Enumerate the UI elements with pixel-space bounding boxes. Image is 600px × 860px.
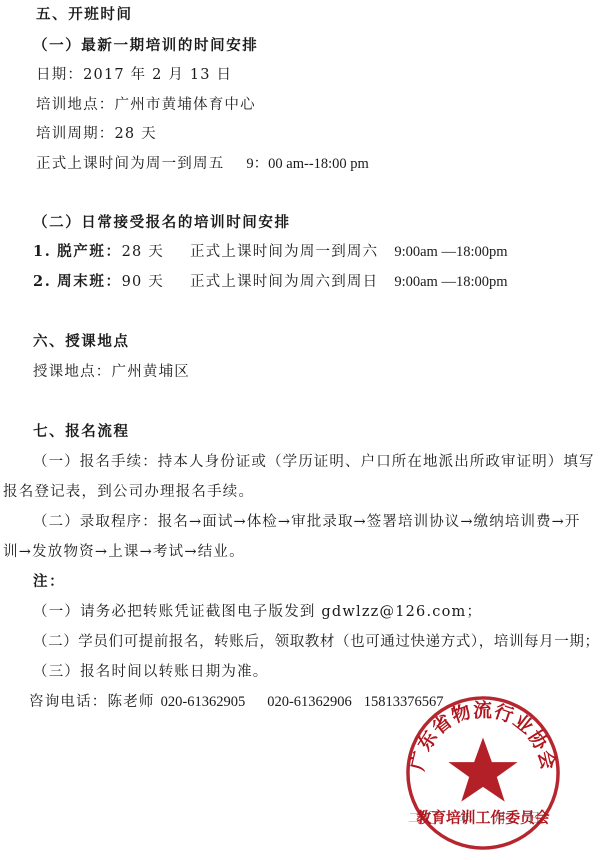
contact-phone-2: 020-61362906 bbox=[267, 694, 352, 710]
schedule-time: 9：00 am--18:00 pm bbox=[246, 156, 368, 172]
section-7-heading: 七、报名流程 bbox=[33, 420, 130, 441]
class-row-fulltime: 1. 脱产班：28 天正式上课时间为周一到周六9:00am —18:00pm bbox=[33, 240, 508, 261]
note-1: （一）请务必把转账凭证截图电子版发到 gdwlzz@126.com； bbox=[33, 600, 482, 621]
training-date: 日期：2017 年 2 月 13 日 bbox=[36, 63, 232, 84]
training-location: 培训地点：广州市黄埔体育中心 bbox=[36, 93, 256, 114]
section-5-heading: 五、开班时间 bbox=[36, 3, 133, 24]
star-icon bbox=[448, 737, 517, 801]
class-name: 周末班： bbox=[57, 273, 121, 290]
class-location: 授课地点：广州黄埔区 bbox=[33, 360, 190, 381]
procedure-para-2-line-2: 训→发放物资→上课→考试→结业。 bbox=[3, 540, 245, 561]
class-time: 9:00am —18:00pm bbox=[394, 274, 507, 290]
class-num: 1. bbox=[33, 243, 51, 260]
seal-bottom-text: 教育培训工作委员会 bbox=[416, 808, 549, 826]
class-row-weekend: 2. 周末班：90 天正式上课时间为周六到周日9:00am —18:00pm bbox=[33, 270, 508, 291]
section-5-sub1-heading: （一）最新一期培训的时间安排 bbox=[33, 34, 258, 55]
procedure-para-2-line-1: （二）录取程序：报名→面试→体检→审批录取→签署培训协议→缴纳培训费→开 bbox=[33, 510, 581, 531]
class-schedule: 正式上课时间为周六到周日 bbox=[190, 274, 378, 290]
class-days: 28 天 bbox=[122, 244, 164, 260]
class-num: 2. bbox=[33, 273, 51, 290]
official-seal-icon: 广东省物流行业协会 教育培训工作委员会 bbox=[404, 694, 562, 852]
training-period: 培训周期：28 天 bbox=[36, 122, 157, 143]
note-2: （二）学员们可提前报名，转账后，领取教材（也可通过快递方式），培训每月一期； bbox=[33, 630, 600, 651]
class-name: 脱产班： bbox=[57, 243, 121, 260]
contact-line: 咨询电话：陈老师020-61362905020-6136290615813376… bbox=[29, 690, 444, 711]
section-5-sub2-heading: （二）日常接受报名的培训时间安排 bbox=[33, 211, 291, 232]
procedure-para-1-line-1: （一）报名手续：持本人身份证或（学历证明、户口所在地派出所政审证明）填写 bbox=[33, 450, 595, 471]
contact-label: 咨询电话：陈老师 bbox=[29, 694, 155, 710]
class-schedule: 正式上课时间为周一到周六 bbox=[190, 244, 378, 260]
contact-phone-1: 020-61362905 bbox=[161, 694, 246, 710]
class-days: 90 天 bbox=[122, 274, 164, 290]
class-time: 9:00am —18:00pm bbox=[394, 244, 507, 260]
notes-heading: 注： bbox=[33, 570, 65, 591]
note-3: （三）报名时间以转账日期为准。 bbox=[33, 660, 269, 681]
schedule-days: 正式上课时间为周一到周五 bbox=[36, 156, 224, 172]
training-schedule: 正式上课时间为周一到周五9：00 am--18:00 pm bbox=[36, 152, 369, 173]
procedure-para-1-line-2: 报名登记表，到公司办理报名手续。 bbox=[3, 480, 254, 501]
section-6-heading: 六、授课地点 bbox=[33, 330, 130, 351]
